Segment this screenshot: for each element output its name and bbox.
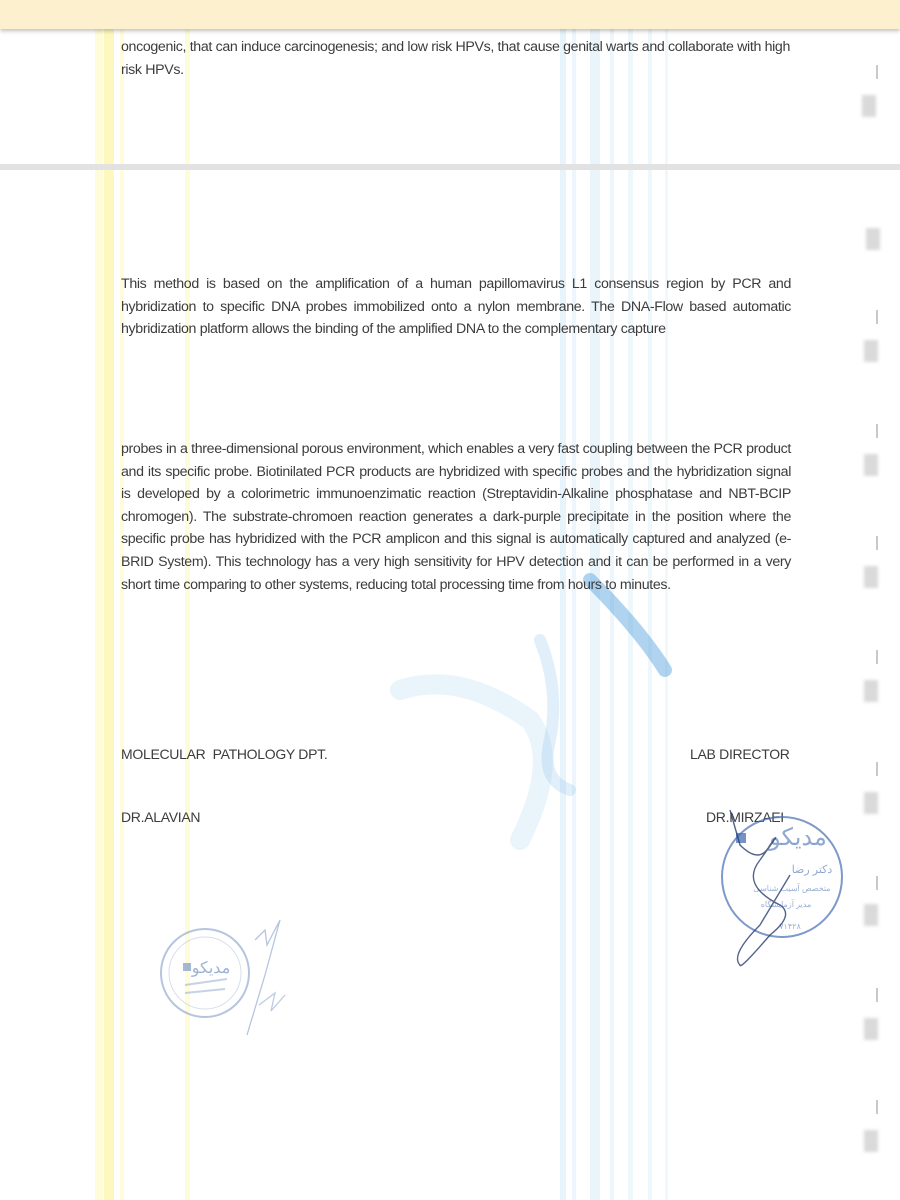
method-paragraph-2: probes in a three-dimensional porous env… <box>121 438 791 596</box>
page-separator <box>0 164 900 170</box>
page-two: This method is based on the amplificatio… <box>0 170 900 1200</box>
method-paragraph-1: This method is based on the amplificatio… <box>121 273 791 341</box>
top-banner <box>0 0 900 29</box>
hpv-risk-paragraph: oncogenic, that can induce carcinogenesi… <box>121 36 793 81</box>
stamp-line: دکتر رضا <box>792 864 833 876</box>
right-stamp-icon: مدیکو دکتر رضا متخصص آسیب شناسی مدیر آزم… <box>700 805 870 975</box>
stamp-line: متخصص آسیب شناسی <box>753 883 830 893</box>
left-signatory-name: DR.ALAVIAN <box>121 809 200 825</box>
left-stamp-logo-text: مدیکو <box>191 960 231 977</box>
right-stamp-logo-text: مدیکو <box>768 824 827 851</box>
department-label: MOLECULAR PATHOLOGY DPT. <box>121 746 327 762</box>
stamp-line: مدیر آزمایشگاه <box>761 899 812 909</box>
lab-director-label: LAB DIRECTOR <box>690 746 790 762</box>
left-stamp-icon: مدیکو <box>155 915 305 1035</box>
